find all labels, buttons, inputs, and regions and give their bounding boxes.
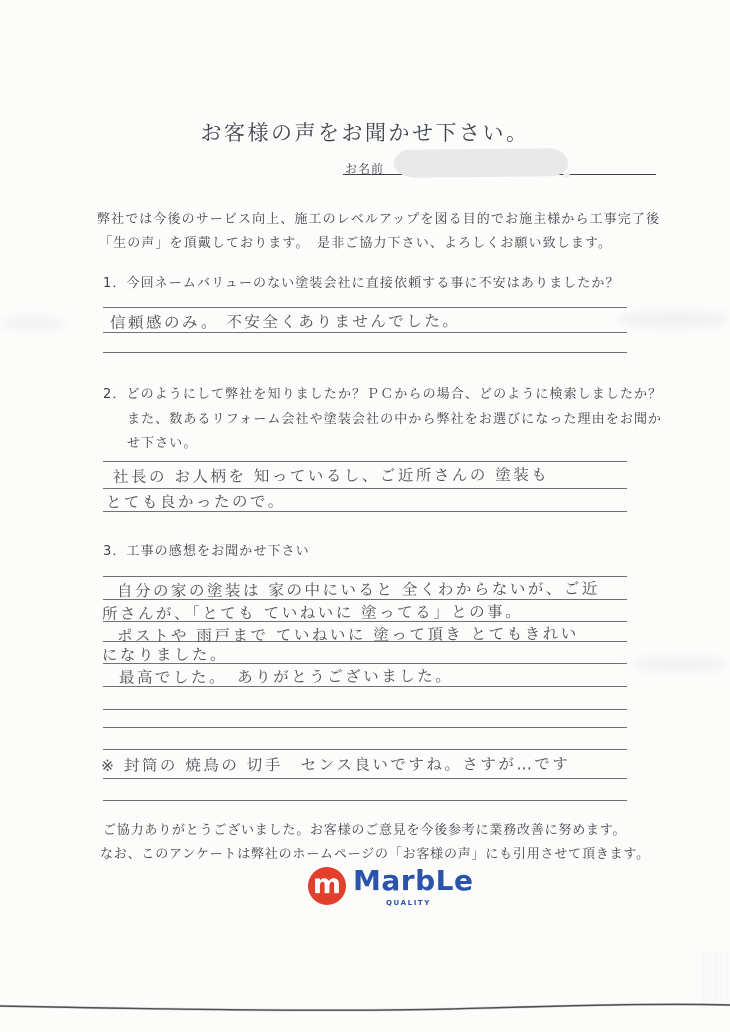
marble-logo-mark-icon: m xyxy=(308,867,346,905)
handwritten-answer-q3-line-5: 最高でした。 ありがとうございました。 xyxy=(119,664,453,688)
page-title: お客様の声をお聞かせ下さい。 xyxy=(0,117,730,147)
handwritten-answer-q2-line-1: 社長の お人柄を 知っているし、ご近所さんの 塗装も xyxy=(113,463,549,487)
footer-line-1: ご協力ありがとうございました。お客様のご意見を今後参考に業務改善に努めます。 xyxy=(103,819,626,838)
ruled-line xyxy=(103,511,627,512)
footer-line-2: なお、このアンケートは弊社のホームページの「お客様の声」にも引用させて頂きます。 xyxy=(100,843,650,862)
scan-smudge xyxy=(618,311,730,328)
question-1-label: 1．今回ネームバリューのない塗装会社に直接依頼する事に不安はありましたか？ xyxy=(103,272,620,291)
ruled-line xyxy=(103,686,627,687)
ruled-line xyxy=(103,800,627,801)
ruled-line xyxy=(103,307,627,308)
ruled-line xyxy=(103,352,627,353)
redacted-name-blob xyxy=(394,148,568,178)
intro-line-1: 弊社では今後のサービス向上、施工のレベルアップを図る目的でお施主様から工事完了後 xyxy=(97,208,660,227)
question-2-label-line-1: 2．どのようにして弊社を知りましたか？ＰＣからの場合、どのように検索しましたか？ xyxy=(103,383,662,402)
marble-logo-tagline: QUALITY xyxy=(386,899,431,907)
ruled-line xyxy=(103,727,627,728)
scan-smudge xyxy=(630,658,730,671)
handwritten-answer-q3-line-1: 自分の家の塗装は 家の中にいると 全くわからないが、ご近 xyxy=(117,577,600,602)
scanned-questionnaire-page: お客様の声をお聞かせ下さい。 お名前 弊社では今後のサービス向上、施工のレベルア… xyxy=(0,0,730,1032)
question-2-label-line-2: また、数あるリフォーム会社や塗装会社の中から弊社をお選びになった理由をお聞か xyxy=(127,408,662,427)
paper-bottom-edge xyxy=(0,998,730,1018)
intro-line-2: 「生の声」を頂戴しております。 是非ご協力下さい、よろしくお願い致します。 xyxy=(99,232,612,251)
ruled-line xyxy=(103,778,627,779)
handwritten-answer-q1: 信頼感のみ。 不安全くありませんでした。 xyxy=(110,309,460,333)
redacted-name-blob-tail xyxy=(563,173,570,178)
ruled-line xyxy=(103,641,627,642)
ruled-line xyxy=(103,488,627,489)
question-2-label-line-3: せ下さい。 xyxy=(127,432,198,451)
ruled-line xyxy=(103,709,627,710)
ruled-line xyxy=(103,332,627,333)
handwritten-answer-q2-line-2: とても良かったので。 xyxy=(106,490,286,513)
handwritten-answer-q3-line-4: になりました。 xyxy=(102,643,228,666)
handwritten-note: ※ 封筒の 焼鳥の 切手 センス良いですね。さすが…です xyxy=(101,752,570,776)
scan-streaks xyxy=(702,952,730,1004)
ruled-line xyxy=(103,461,627,462)
marble-logo-name: MarbLe xyxy=(353,864,473,897)
ruled-line xyxy=(103,749,627,750)
question-3-label: 3．工事の感想をお聞かせ下さい xyxy=(103,540,310,559)
scan-smudge xyxy=(0,317,66,329)
